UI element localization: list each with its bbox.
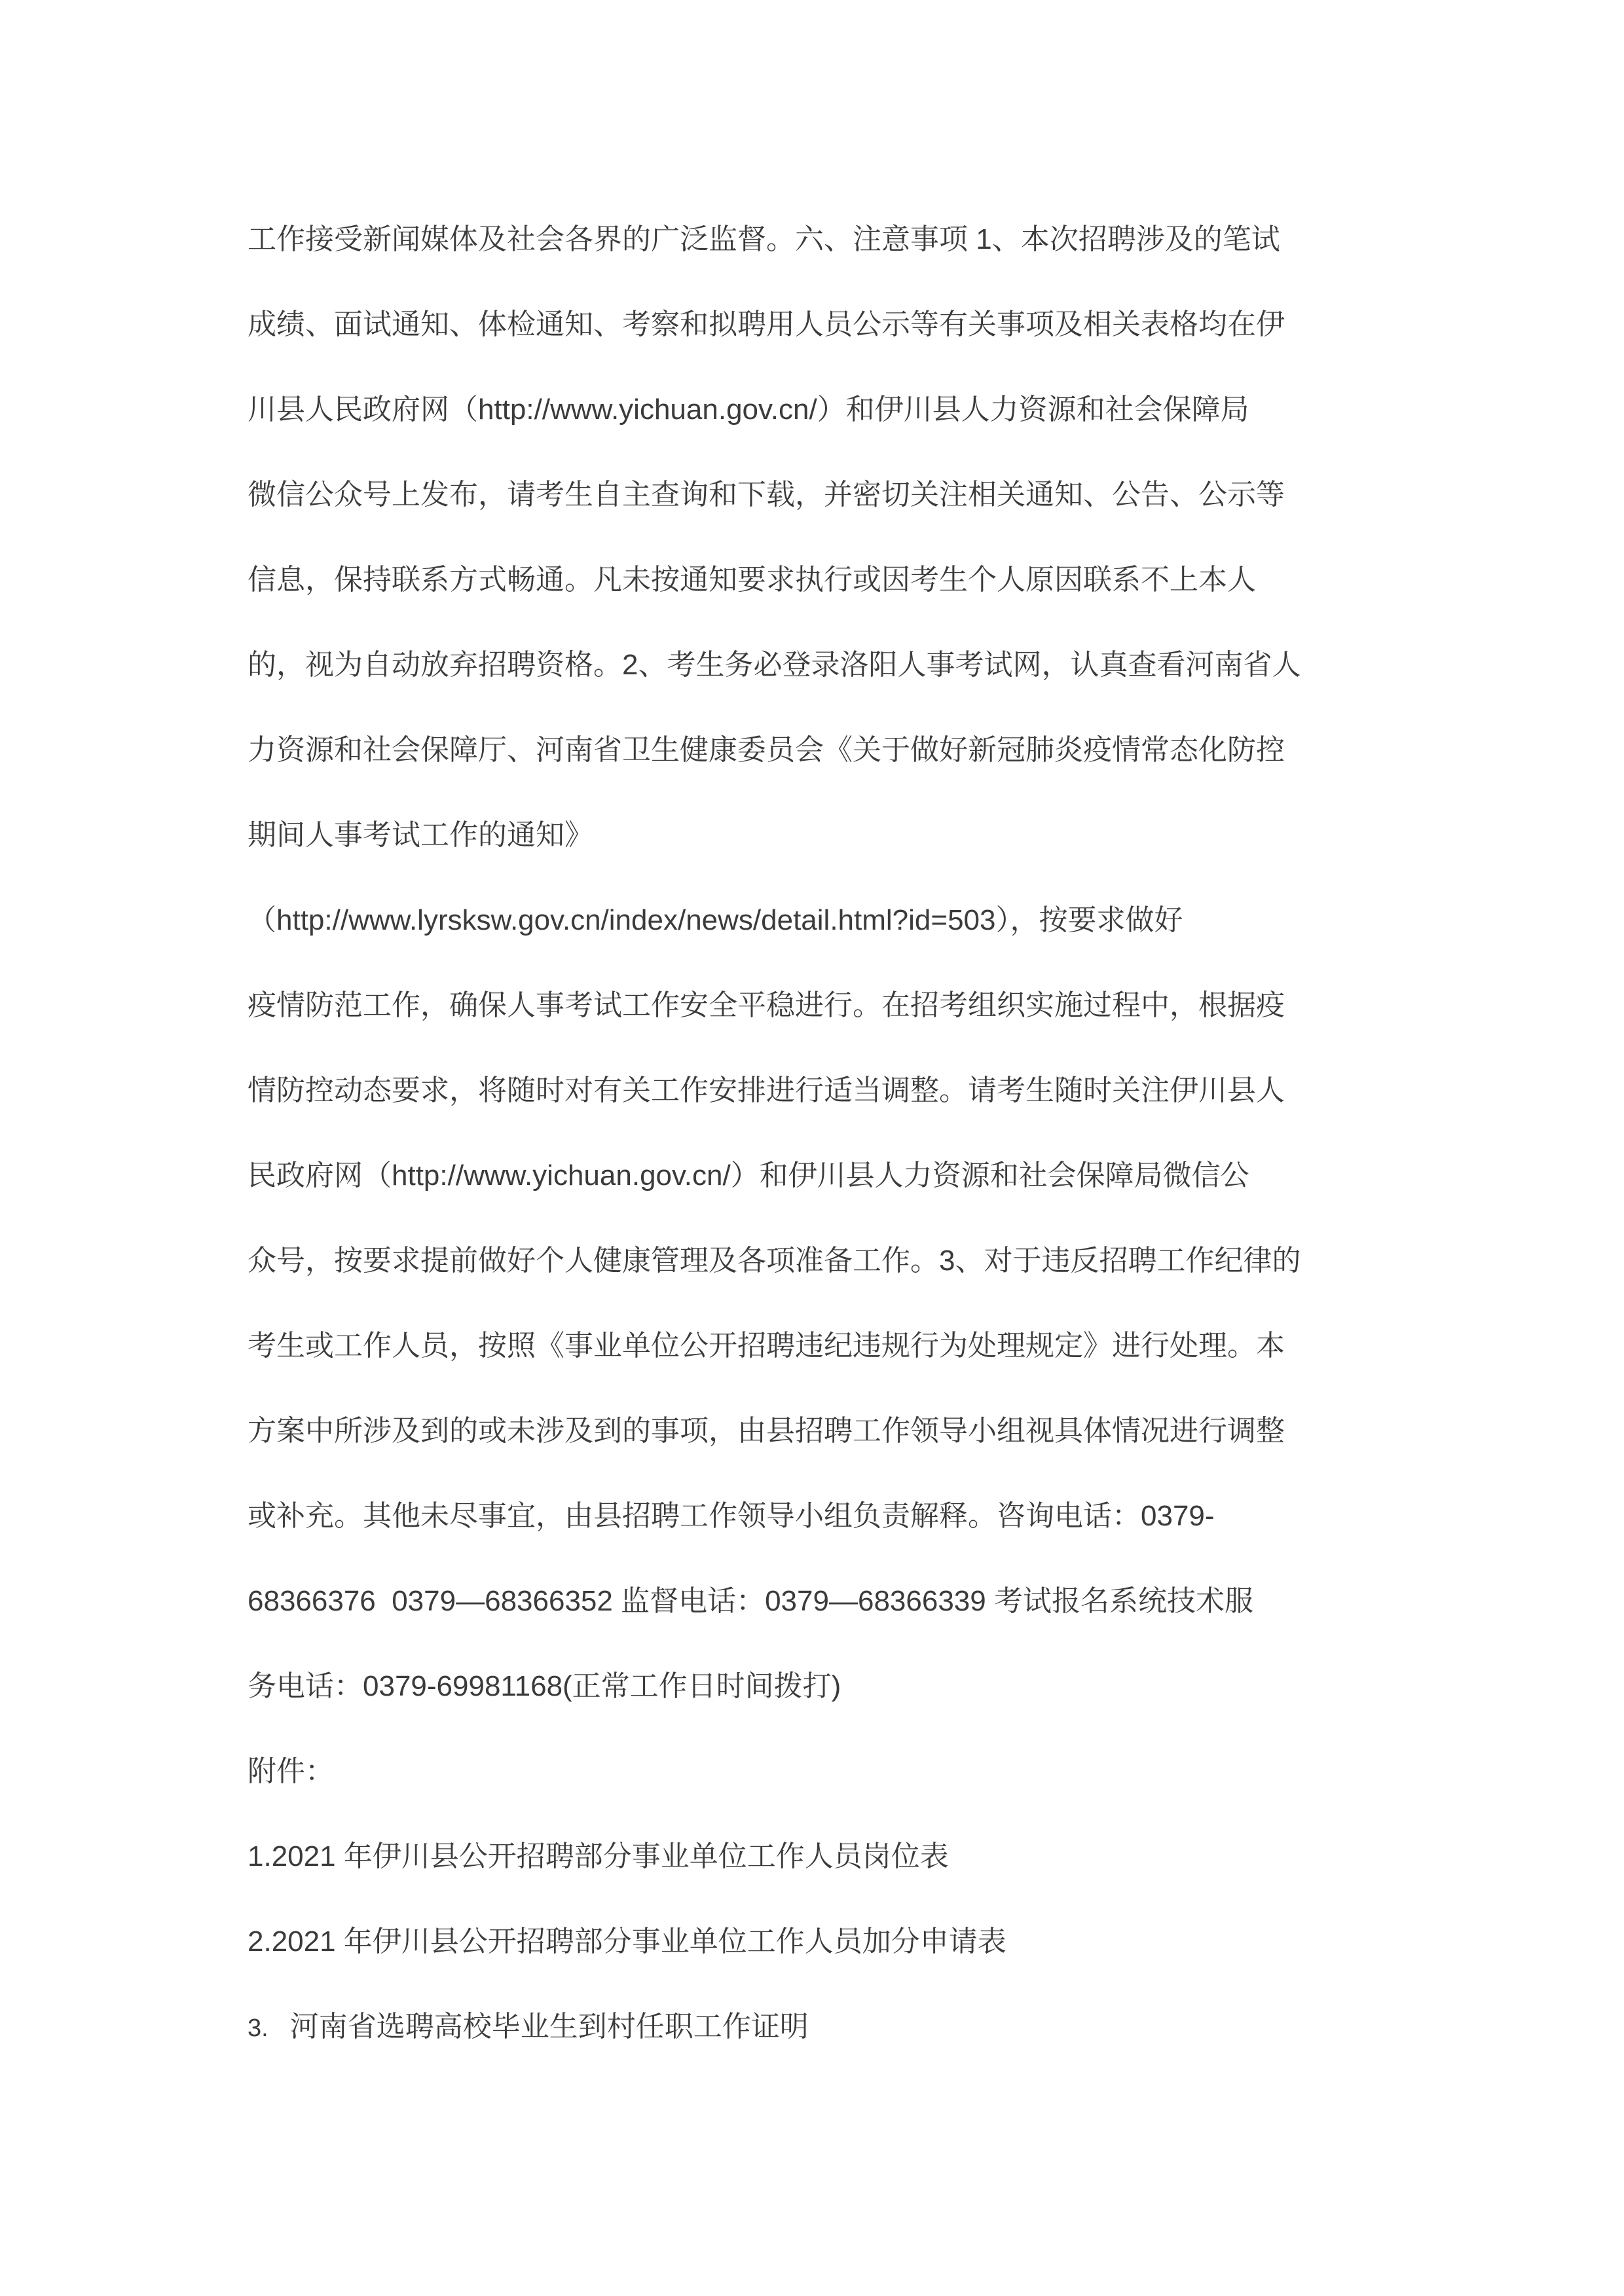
text-line: 或补充。其他未尽事宜，由县招聘工作领导小组负责解释。咨询电话：0379- [248, 1474, 1428, 1559]
text-line: 68366376 0379—68366352 监督电话：0379—6836633… [248, 1559, 1428, 1644]
text-line: 考生或工作人员，按照《事业单位公开招聘违纪违规行为处理规定》进行处理。本 [248, 1303, 1428, 1389]
text-line: 3.河南省选聘高校毕业生到村任职工作证明 [248, 1984, 1428, 2069]
text-line: 众号，按要求提前做好个人健康管理及各项准备工作。3、对于违反招聘工作纪律的 [248, 1218, 1428, 1303]
text-line: 民政府网（http://www.yichuan.gov.cn/）和伊川县人力资源… [248, 1133, 1428, 1218]
text-line: 方案中所涉及到的或未涉及到的事项，由县招聘工作领导小组视具体情况进行调整 [248, 1389, 1428, 1474]
text-line: 川县人民政府网（http://www.yichuan.gov.cn/）和伊川县人… [248, 367, 1428, 452]
document-body: 工作接受新闻媒体及社会各界的广泛监督。六、注意事项 1、本次招聘涉及的笔试成绩、… [248, 197, 1428, 2069]
document-page: 工作接受新闻媒体及社会各界的广泛监督。六、注意事项 1、本次招聘涉及的笔试成绩、… [0, 0, 1624, 2296]
attachment-item-number: 3. [248, 2014, 268, 2042]
text-line: （http://www.lyrsksw.gov.cn/index/news/de… [248, 878, 1428, 963]
text-line: 的，视为自动放弃招聘资格。2、考生务必登录洛阳人事考试网，认真查看河南省人 [248, 623, 1428, 708]
text-line: 疫情防范工作，确保人事考试工作安全平稳进行。在招考组织实施过程中，根据疫 [248, 963, 1428, 1048]
text-line: 附件： [248, 1729, 1428, 1814]
text-line: 2.2021 年伊川县公开招聘部分事业单位工作人员加分申请表 [248, 1899, 1428, 1984]
attachment-item-text: 河南省选聘高校毕业生到村任职工作证明 [290, 2011, 809, 2043]
text-line: 工作接受新闻媒体及社会各界的广泛监督。六、注意事项 1、本次招聘涉及的笔试 [248, 197, 1428, 282]
text-line: 微信公众号上发布，请考生自主查询和下载，并密切关注相关通知、公告、公示等 [248, 452, 1428, 538]
text-line: 1.2021 年伊川县公开招聘部分事业单位工作人员岗位表 [248, 1814, 1428, 1899]
text-line: 情防控动态要求，将随时对有关工作安排进行适当调整。请考生随时关注伊川县人 [248, 1048, 1428, 1133]
text-line: 成绩、面试通知、体检通知、考察和拟聘用人员公示等有关事项及相关表格均在伊 [248, 282, 1428, 367]
text-line: 期间人事考试工作的通知》 [248, 793, 1428, 878]
text-line: 力资源和社会保障厅、河南省卫生健康委员会《关于做好新冠肺炎疫情常态化防控 [248, 708, 1428, 793]
text-line: 务电话：0379-69981168(正常工作日时间拨打) [248, 1644, 1428, 1729]
text-line: 信息，保持联系方式畅通。凡未按通知要求执行或因考生个人原因联系不上本人 [248, 538, 1428, 623]
